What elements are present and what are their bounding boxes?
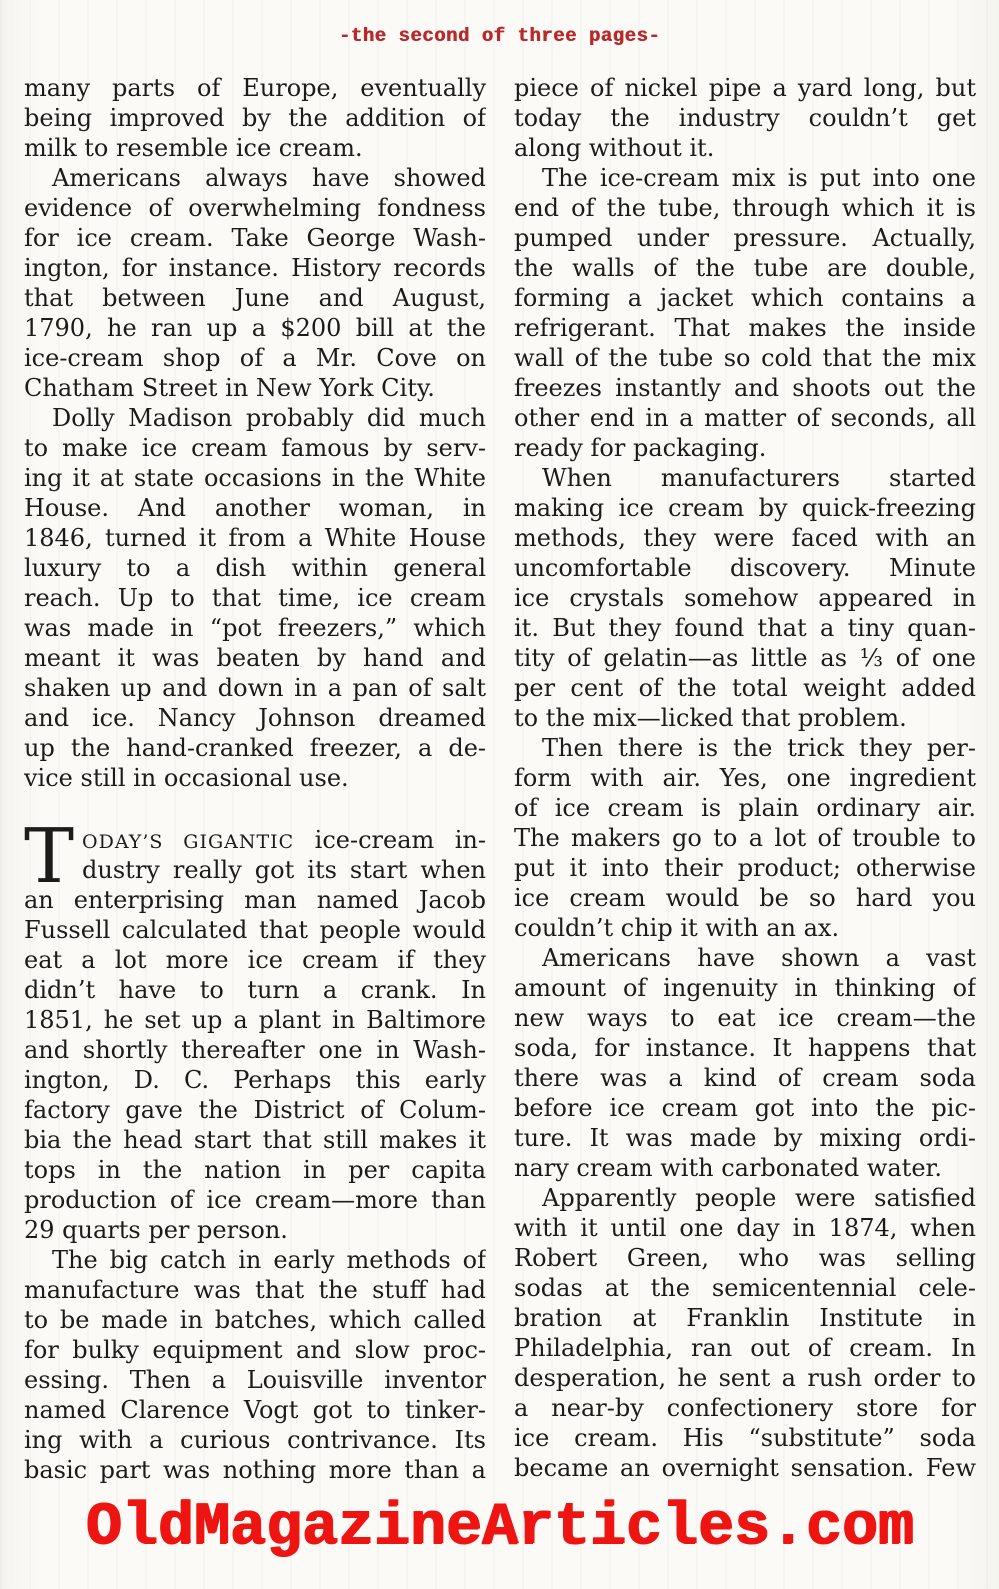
- text-line: new ways to eat ice cream—the: [514, 1003, 976, 1033]
- text-line: production of ice cream—more than: [24, 1185, 486, 1215]
- paragraph: piece of nickel pipe a yard long, buttod…: [514, 73, 976, 163]
- text-line: forming a jacket which contains a: [514, 283, 976, 313]
- text-line: bration at Franklin Institute in: [514, 1303, 976, 1333]
- text-line: tity of gelatin—as little as ⅓ of one: [514, 643, 976, 673]
- text-line: wall of the tube so cold that the mix: [514, 343, 976, 373]
- drop-cap-letter: T: [24, 827, 74, 885]
- text-line: a near-by confectionery store for: [514, 1393, 976, 1423]
- text-line: House. And another woman, in: [24, 493, 486, 523]
- text-line: and shortly thereafter one in Wash-: [24, 1035, 486, 1065]
- text-line: 29 quarts per person.: [24, 1215, 486, 1245]
- text-line: milk to resemble ice cream.: [24, 133, 486, 163]
- text-line: desperation, he sent a rush order to: [514, 1363, 976, 1393]
- text-line: up the hand-cranked freezer, a de-: [24, 733, 486, 763]
- text-line: being improved by the addition of: [24, 103, 486, 133]
- text-line: pumped under pressure. Actually,: [514, 223, 976, 253]
- text-line: vice still in occasional use.: [24, 763, 486, 793]
- text-line: basic part was nothing more than a: [24, 1455, 486, 1485]
- text-line: making ice cream by quick-freezing: [514, 493, 976, 523]
- text-line: bia the head start that still makes it: [24, 1125, 486, 1155]
- text-line: ington, for instance. History records: [24, 253, 486, 283]
- text-line: put it into their product; otherwise: [514, 853, 976, 883]
- text-line: Dolly Madison probably did much: [24, 403, 486, 433]
- text-line: per cent of the total weight added: [514, 673, 976, 703]
- text-line: ODAY’S GIGANTIC ice-cream in-: [82, 825, 486, 855]
- text-line: piece of nickel pipe a yard long, but: [514, 73, 976, 103]
- text-line: Americans always have showed: [24, 163, 486, 193]
- text-line: ing with a curious contrivance. Its: [24, 1425, 486, 1455]
- paragraph: Then there is the trick they per-form wi…: [514, 733, 976, 943]
- text-line: Apparently people were satisfied: [514, 1183, 976, 1213]
- text-line: it. But they found that a tiny quan-: [514, 613, 976, 643]
- text-line: 1851, he set up a plant in Baltimore: [24, 1005, 486, 1035]
- text-line: essing. Then a Louisville inventor: [24, 1365, 486, 1395]
- text-line: Fussell calculated that people would: [24, 915, 486, 945]
- paragraph-dropcap: TODAY’S GIGANTIC ice-cream in-dustry rea…: [24, 825, 486, 1245]
- text-line: ing it at state occasions in the White: [24, 463, 486, 493]
- text-line: When manufacturers started: [514, 463, 976, 493]
- text-line: for ice cream. Take George Wash-: [24, 223, 486, 253]
- text-line: ice cream. His “substitute” soda: [514, 1423, 976, 1453]
- text-line: uncomfortable discovery. Minute: [514, 553, 976, 583]
- page-header-note: -the second of three pages-: [0, 25, 999, 47]
- text-line: nary cream with carbonated water.: [514, 1153, 976, 1183]
- text-line: didn’t have to turn a crank. In: [24, 975, 486, 1005]
- text-line: shaken up and down in a pan of salt: [24, 673, 486, 703]
- text-line: reach. Up to that time, ice cream: [24, 583, 486, 613]
- paragraph: Americans have shown a vastamount of ing…: [514, 943, 976, 1183]
- article-body: many parts of Europe, eventuallybeing im…: [0, 47, 999, 1485]
- text-line: to the mix—licked that problem.: [514, 703, 976, 733]
- text-line: with it until one day in 1874, when: [514, 1213, 976, 1243]
- small-caps-lead: ODAY’S GIGANTIC: [82, 831, 294, 853]
- text-line: end of the tube, through which it is: [514, 193, 976, 223]
- magazine-page-scan: -the second of three pages- many parts o…: [0, 0, 999, 1589]
- right-column: piece of nickel pipe a yard long, buttod…: [514, 73, 976, 1485]
- paragraph: When manufacturers startedmaking ice cre…: [514, 463, 976, 733]
- paragraph: The big catch in early methods ofmanufac…: [24, 1245, 486, 1485]
- text-line: was made in “pot freezers,” which: [24, 613, 486, 643]
- paragraph: Americans always have showedevidence of …: [24, 163, 486, 403]
- text-line: and ice. Nancy Johnson dreamed: [24, 703, 486, 733]
- text-line: named Clarence Vogt got to tinker-: [24, 1395, 486, 1425]
- text-line: Then there is the trick they per-: [514, 733, 976, 763]
- text-line: today the industry couldn’t get: [514, 103, 976, 133]
- text-line: factory gave the District of Colum-: [24, 1095, 486, 1125]
- text-line: amount of ingenuity in thinking of: [514, 973, 976, 1003]
- text-line: sodas at the semicentennial cele-: [514, 1273, 976, 1303]
- text-line: The big catch in early methods of: [24, 1245, 486, 1275]
- text-line: 1846, turned it from a White House: [24, 523, 486, 553]
- text-line: there was a kind of cream soda: [514, 1063, 976, 1093]
- text-line: freezes instantly and shoots out the: [514, 373, 976, 403]
- text-line: dustry really got its start when: [82, 855, 486, 885]
- left-column: many parts of Europe, eventuallybeing im…: [24, 73, 486, 1485]
- text-line: ice-cream shop of a Mr. Cove on: [24, 343, 486, 373]
- text-line: the walls of the tube are double,: [514, 253, 976, 283]
- paragraph: Apparently people were satisfiedwith it …: [514, 1183, 976, 1483]
- text-line: Chatham Street in New York City.: [24, 373, 486, 403]
- paragraph: The ice-cream mix is put into oneend of …: [514, 163, 976, 463]
- text-line: Philadelphia, ran out of cream. In: [514, 1333, 976, 1363]
- text-line: before ice cream got into the pic-: [514, 1093, 976, 1123]
- text-line: tops in the nation in per capita: [24, 1155, 486, 1185]
- text-line: The makers go to a lot of trouble to: [514, 823, 976, 853]
- text-line: ington, D. C. Perhaps this early: [24, 1065, 486, 1095]
- paragraph: Dolly Madison probably did muchto make i…: [24, 403, 486, 793]
- text-line: refrigerant. That makes the inside: [514, 313, 976, 343]
- text-line: luxury to a dish within general: [24, 553, 486, 583]
- text-line: to be made in batches, which called: [24, 1305, 486, 1335]
- text-line: other end in a matter of seconds, all: [514, 403, 976, 433]
- text-line: couldn’t chip it with an ax.: [514, 913, 976, 943]
- text-line: manufacture was that the stuff had: [24, 1275, 486, 1305]
- text-line: soda, for instance. It happens that: [514, 1033, 976, 1063]
- text-line: an enterprising man named Jacob: [24, 885, 486, 915]
- text-line: Americans have shown a vast: [514, 943, 976, 973]
- text-line: for bulky equipment and slow proc-: [24, 1335, 486, 1365]
- paragraph: many parts of Europe, eventuallybeing im…: [24, 73, 486, 163]
- text-line: eat a lot more ice cream if they: [24, 945, 486, 975]
- text-line: form with air. Yes, one ingredient: [514, 763, 976, 793]
- text-line: methods, they were faced with an: [514, 523, 976, 553]
- text-line: that between June and August,: [24, 283, 486, 313]
- text-line: to make ice cream famous by serv-: [24, 433, 486, 463]
- text-line: ice crystals somehow appeared in: [514, 583, 976, 613]
- text-line: along without it.: [514, 133, 976, 163]
- text-line: ready for packaging.: [514, 433, 976, 463]
- text-line: ture. It was made by mixing ordi-: [514, 1123, 976, 1153]
- text-line: The ice-cream mix is put into one: [514, 163, 976, 193]
- text-line: of ice cream is plain ordinary air.: [514, 793, 976, 823]
- text-line: 1790, he ran up a $200 bill at the: [24, 313, 486, 343]
- text-line: many parts of Europe, eventually: [24, 73, 486, 103]
- text-line: ice cream would be so hard you: [514, 883, 976, 913]
- text-line: Robert Green, who was selling: [514, 1243, 976, 1273]
- text-line: meant it was beaten by hand and: [24, 643, 486, 673]
- text-line: evidence of overwhelming fondness: [24, 193, 486, 223]
- text-line: became an overnight sensation. Few: [514, 1453, 976, 1483]
- footer-watermark: OldMagazineArticles.com: [0, 1492, 999, 1564]
